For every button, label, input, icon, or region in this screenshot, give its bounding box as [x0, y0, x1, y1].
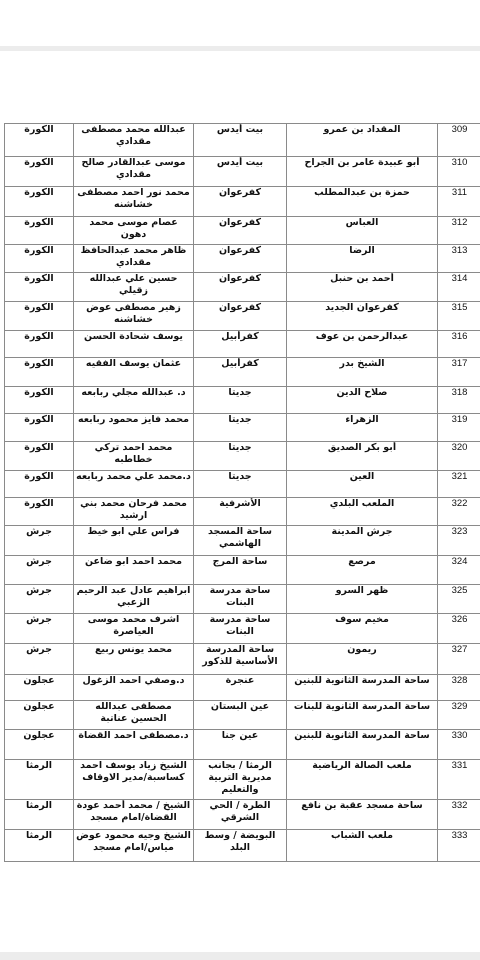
table-row: جرشابراهيم عادل عبد الرحيم الزعبيساحة مد…	[5, 585, 480, 614]
row-number-cell: 333	[438, 830, 480, 862]
district-cell: الكورة	[5, 245, 74, 273]
area-cell: جديتا	[194, 387, 287, 414]
area-cell: عنجرة	[194, 675, 287, 701]
table-row: عجلوند.مصطفى احمد القضاةعين جناساحة المد…	[5, 730, 480, 760]
person-cell: الشيخ / محمد أحمد عودة القضاة/امام مسجد	[74, 800, 194, 830]
district-cell: الكورة	[5, 358, 74, 387]
person-cell: د.مصطفى احمد القضاة	[74, 730, 194, 760]
district-cell: الرمثا	[5, 800, 74, 830]
district-cell: الكورة	[5, 124, 74, 157]
district-cell: الكورة	[5, 187, 74, 217]
location-cell: ملعب الصالة الرياضية	[287, 760, 438, 800]
table-row: الكورةزهير مصطفى عوض خشاشنهكفرعوانكفرعوا…	[5, 302, 480, 331]
area-cell: عين البستان	[194, 701, 287, 730]
person-cell: محمد فرحان محمد بني ارشيد	[74, 498, 194, 526]
district-cell: الكورة	[5, 414, 74, 442]
table-row: الكورةمحمد احمد تركي خطاطبهجديتاأبو بكر …	[5, 442, 480, 471]
location-cell: جرش المدينة	[287, 526, 438, 556]
area-cell: بيت أيدس	[194, 157, 287, 187]
area-cell: كفرعوان	[194, 245, 287, 273]
locations-table: الكورةعبدالله محمد مصطفى مقداديبيت أيدسا…	[4, 123, 480, 862]
location-cell: صلاح الدين	[287, 387, 438, 414]
district-cell: عجلون	[5, 730, 74, 760]
table-row: جرشاشرف محمد موسى العياصرةساحة مدرسة الب…	[5, 614, 480, 644]
table-row: الكورةمحمد فايز محمود ربابعهجديتاالزهراء…	[5, 414, 480, 442]
area-cell: البويضة / وسط البلد	[194, 830, 287, 862]
person-cell: ظاهر محمد عبدالحافظ مقدادي	[74, 245, 194, 273]
district-cell: الكورة	[5, 217, 74, 245]
row-number-cell: 324	[438, 556, 480, 585]
person-cell: حسين علي عبدالله زقيلي	[74, 273, 194, 302]
row-number-cell: 318	[438, 387, 480, 414]
person-cell: يوسف شحادة الحسن	[74, 331, 194, 358]
location-cell: كفرعوان الجديد	[287, 302, 438, 331]
location-cell: مرصع	[287, 556, 438, 585]
row-number-cell: 322	[438, 498, 480, 526]
location-cell: عبدالرحمن بن عوف	[287, 331, 438, 358]
district-cell: الكورة	[5, 498, 74, 526]
district-cell: عجلون	[5, 701, 74, 730]
person-cell: فراس علي ابو خيط	[74, 526, 194, 556]
area-cell: ساحة مدرسة البنات	[194, 614, 287, 644]
area-cell: كفرأبيل	[194, 331, 287, 358]
location-cell: الشيخ بدر	[287, 358, 438, 387]
table-row: الرمثاالشيخ زياد يوسف احمد كساسبة/مدير ا…	[5, 760, 480, 800]
district-cell: الكورة	[5, 157, 74, 187]
person-cell: ابراهيم عادل عبد الرحيم الزعبي	[74, 585, 194, 614]
table-row: الكورةظاهر محمد عبدالحافظ مقداديكفرعوانا…	[5, 245, 480, 273]
area-cell: كفرأبيل	[194, 358, 287, 387]
table-row: الكورةحسين علي عبدالله زقيليكفرعوانأحمد …	[5, 273, 480, 302]
area-cell: ساحة المرج	[194, 556, 287, 585]
person-cell: مصطفى عبدالله الحسين عناتبة	[74, 701, 194, 730]
table-row: جرشمحمد يونس ربيعساحة المدرسة الأساسية ل…	[5, 644, 480, 675]
district-cell: الرمثا	[5, 760, 74, 800]
district-cell: جرش	[5, 644, 74, 675]
bottom-divider	[0, 952, 480, 960]
row-number-cell: 330	[438, 730, 480, 760]
location-cell: أبو بكر الصديق	[287, 442, 438, 471]
location-cell: الرضا	[287, 245, 438, 273]
district-cell: الكورة	[5, 302, 74, 331]
row-number-cell: 326	[438, 614, 480, 644]
row-number-cell: 332	[438, 800, 480, 830]
area-cell: الأشرفية	[194, 498, 287, 526]
area-cell: ساحة مدرسة البنات	[194, 585, 287, 614]
row-number-cell: 329	[438, 701, 480, 730]
row-number-cell: 321	[438, 471, 480, 498]
area-cell: ساحة المسجد الهاشمي	[194, 526, 287, 556]
table-row: عجلوند.وصفي احمد الزغولعنجرةساحة المدرسة…	[5, 675, 480, 701]
location-cell: ساحة المدرسة الثانوية للبنين	[287, 675, 438, 701]
area-cell: جديتا	[194, 442, 287, 471]
row-number-cell: 327	[438, 644, 480, 675]
person-cell: الشيخ وجيه محمود عوض مياس/امام مسجد	[74, 830, 194, 862]
location-cell: ساحة المدرسة الثانوية للبنات	[287, 701, 438, 730]
person-cell: د.محمد علي محمد ربابعه	[74, 471, 194, 498]
district-cell: الكورة	[5, 273, 74, 302]
location-cell: أبو عبيدة عامر بن الجراح	[287, 157, 438, 187]
location-cell: حمزة بن عبدالمطلب	[287, 187, 438, 217]
area-cell: كفرعوان	[194, 187, 287, 217]
person-cell: عثمان يوسف الفقيه	[74, 358, 194, 387]
person-cell: عصام موسى محمد دهون	[74, 217, 194, 245]
district-cell: الكورة	[5, 442, 74, 471]
table-row: الكورةعبدالله محمد مصطفى مقداديبيت أيدسا…	[5, 124, 480, 157]
area-cell: عين جنا	[194, 730, 287, 760]
table-row: الكورةيوسف شحادة الحسنكفرأبيلعبدالرحمن ب…	[5, 331, 480, 358]
area-cell: كفرعوان	[194, 273, 287, 302]
location-cell: ساحة مسجد عقبة بن نافع	[287, 800, 438, 830]
person-cell: محمد فايز محمود ربابعه	[74, 414, 194, 442]
district-cell: جرش	[5, 526, 74, 556]
district-cell: جرش	[5, 585, 74, 614]
location-cell: ظهر السرو	[287, 585, 438, 614]
row-number-cell: 309	[438, 124, 480, 157]
row-number-cell: 320	[438, 442, 480, 471]
person-cell: محمد نور احمد مصطفى خشاشنه	[74, 187, 194, 217]
person-cell: د.وصفي احمد الزغول	[74, 675, 194, 701]
location-cell: ريمون	[287, 644, 438, 675]
person-cell: الشيخ زياد يوسف احمد كساسبة/مدير الاوقاف	[74, 760, 194, 800]
district-cell: الكورة	[5, 471, 74, 498]
district-cell: الرمثا	[5, 830, 74, 862]
row-number-cell: 317	[438, 358, 480, 387]
table-row: جرشمحمد احمد ابو ضاعنساحة المرجمرصع324	[5, 556, 480, 585]
area-cell: الطرة / الحي الشرقي	[194, 800, 287, 830]
table-row: جرشفراس علي ابو خيطساحة المسجد الهاشميجر…	[5, 526, 480, 556]
row-number-cell: 310	[438, 157, 480, 187]
location-cell: الزهراء	[287, 414, 438, 442]
row-number-cell: 323	[438, 526, 480, 556]
person-cell: محمد يونس ربيع	[74, 644, 194, 675]
table-row: الكورةمحمد نور احمد مصطفى خشاشنهكفرعوانح…	[5, 187, 480, 217]
area-cell: الرمثا / بجانب مديرية التربية والتعليم	[194, 760, 287, 800]
table-row: عجلونمصطفى عبدالله الحسين عناتبةعين البس…	[5, 701, 480, 730]
row-number-cell: 325	[438, 585, 480, 614]
person-cell: محمد احمد تركي خطاطبه	[74, 442, 194, 471]
row-number-cell: 312	[438, 217, 480, 245]
row-number-cell: 316	[438, 331, 480, 358]
location-cell: ساحة المدرسة الثانوية للبنين	[287, 730, 438, 760]
row-number-cell: 328	[438, 675, 480, 701]
area-cell: كفرعوان	[194, 302, 287, 331]
person-cell: زهير مصطفى عوض خشاشنه	[74, 302, 194, 331]
location-cell: أحمد بن حنبل	[287, 273, 438, 302]
person-cell: موسى عبدالقادر صالح مقدادي	[74, 157, 194, 187]
table-row: الكورةد. عبدالله مجلي ربابعهجديتاصلاح ال…	[5, 387, 480, 414]
table-row: الكورةد.محمد علي محمد ربابعهجديتاالعين32…	[5, 471, 480, 498]
district-cell: الكورة	[5, 387, 74, 414]
district-cell: الكورة	[5, 331, 74, 358]
person-cell: د. عبدالله مجلي ربابعه	[74, 387, 194, 414]
district-cell: جرش	[5, 556, 74, 585]
table-row: الكورةموسى عبدالقادر صالح مقداديبيت أيدس…	[5, 157, 480, 187]
area-cell: كفرعوان	[194, 217, 287, 245]
row-number-cell: 319	[438, 414, 480, 442]
area-cell: جديتا	[194, 414, 287, 442]
district-cell: عجلون	[5, 675, 74, 701]
location-cell: الملعب البلدي	[287, 498, 438, 526]
row-number-cell: 331	[438, 760, 480, 800]
person-cell: اشرف محمد موسى العياصرة	[74, 614, 194, 644]
district-cell: جرش	[5, 614, 74, 644]
area-cell: بيت أيدس	[194, 124, 287, 157]
row-number-cell: 314	[438, 273, 480, 302]
location-cell: العين	[287, 471, 438, 498]
table-row: الكورةمحمد فرحان محمد بني ارشيدالأشرفيةا…	[5, 498, 480, 526]
area-cell: جديتا	[194, 471, 287, 498]
row-number-cell: 315	[438, 302, 480, 331]
location-cell: مخيم سوف	[287, 614, 438, 644]
top-divider	[0, 46, 480, 51]
table-row: الرمثاالشيخ وجيه محمود عوض مياس/امام مسج…	[5, 830, 480, 862]
person-cell: محمد احمد ابو ضاعن	[74, 556, 194, 585]
table-row: الكورةعصام موسى محمد دهونكفرعوانالعباس31…	[5, 217, 480, 245]
person-cell: عبدالله محمد مصطفى مقدادي	[74, 124, 194, 157]
table-row: الرمثاالشيخ / محمد أحمد عودة القضاة/امام…	[5, 800, 480, 830]
row-number-cell: 311	[438, 187, 480, 217]
table-row: الكورةعثمان يوسف الفقيهكفرأبيلالشيخ بدر3…	[5, 358, 480, 387]
row-number-cell: 313	[438, 245, 480, 273]
location-cell: العباس	[287, 217, 438, 245]
location-cell: المقداد بن عمرو	[287, 124, 438, 157]
location-cell: ملعب الشباب	[287, 830, 438, 862]
area-cell: ساحة المدرسة الأساسية للذكور	[194, 644, 287, 675]
